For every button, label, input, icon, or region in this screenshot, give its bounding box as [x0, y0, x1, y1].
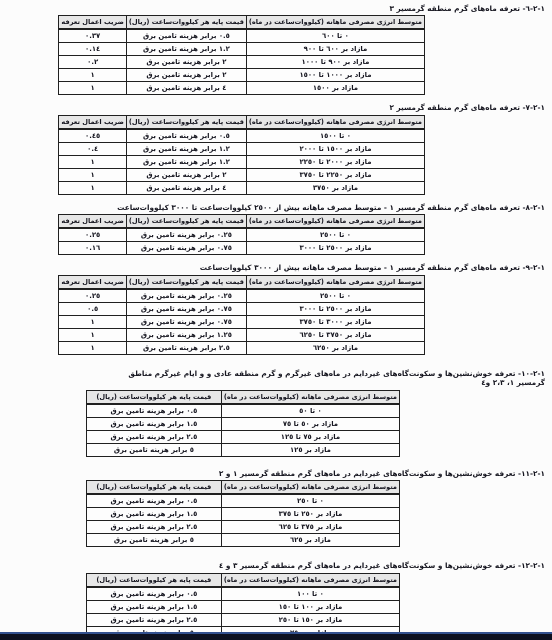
- table-row: مازاد بر ٣٧٥٠٤ برابر هزینه تامین برق١: [59, 181, 425, 194]
- energy-cell: مازاد بر ٢٥٠ تا ٣٧٥: [221, 508, 399, 521]
- header-row: متوسط انرژی مصرفی ماهانه (کیلووات‌ساعت د…: [86, 573, 399, 587]
- table-row: ٠ تا ٥٠٠.٥ برابر هزینه تامین برق: [86, 404, 399, 418]
- tariff-table-garmsir-1-under-3000: متوسط انرژی مصرفی ماهانه (کیلووات‌ساعت د…: [58, 214, 425, 255]
- energy-cell: مازاد بر ٣٠٠٠ تا ٣٧٥٠: [246, 315, 424, 328]
- table-row: مازاد بر ٢٥٠٠ تا ٣٠٠٠٠.٧٥ برابر هزینه تا…: [59, 242, 425, 255]
- price-cell: ٥ برابر هزینه تامین برق: [86, 534, 221, 547]
- table-title: ١-٢-٦- تعرفه ماه‌های گرم منطقه گرمسیر ٣: [0, 4, 552, 13]
- coeff-cell: ١: [59, 69, 127, 82]
- column-header-price: قیمت پایه هر کیلووات‌ساعت (ریال): [126, 275, 246, 289]
- column-header-coeff: ضریب اعمال تعرفه: [59, 215, 127, 229]
- table-title: ١-٢-٧- تعرفه ماه‌های گرم منطقه گرمسیر ٢: [0, 103, 552, 112]
- column-header-energy: متوسط انرژی مصرفی ماهانه (کیلووات‌ساعت د…: [246, 115, 424, 129]
- price-cell: ٢.٥ برابر هزینه تامین برق: [86, 430, 221, 443]
- price-cell: ٠.٥ برابر هزینه تامین برق: [86, 587, 221, 601]
- coeff-cell: ١: [59, 181, 127, 194]
- price-cell: ٢.٥ برابر هزینه تامین برق: [86, 613, 221, 626]
- energy-cell: مازاد بر ٩٠٠ تا ١٠٠٠: [246, 56, 424, 69]
- energy-cell: ٠ تا ٢٥٠: [221, 494, 399, 508]
- table-row: مازاد بر ٩٠٠ تا ١٠٠٠٢ برابر هزینه تامین …: [59, 56, 425, 69]
- header-row: متوسط انرژی مصرفی ماهانه (کیلووات‌ساعت د…: [59, 275, 425, 289]
- table-title: ١-٢-٨- تعرفه ماه‌های گرم منطقه گرمسیر ١ …: [0, 203, 552, 212]
- table-row: مازاد بر ١٠٠٠ تا ١٥٠٠٢ برابر هزینه تامین…: [59, 69, 425, 82]
- price-cell: ٢.٥ برابر هزینه تامین برق: [86, 521, 221, 534]
- tariff-section-6: ١-٢-١١- تعرفه خوش‌نشین‌ها و سکونت‌گاه‌ها…: [0, 469, 552, 547]
- table-row: ٠ تا ٢٥٠٠٠.٢٥ برابر هزینه تامین برق٠.٢٥: [59, 228, 425, 242]
- coeff-cell: ٠.١٤: [59, 43, 127, 56]
- column-header-price: قیمت پایه هر کیلووات‌ساعت (ریال): [86, 390, 221, 404]
- table-row: مازاد بر ٣٧٥ تا ٦٢٥٢.٥ برابر هزینه تامین…: [86, 521, 399, 534]
- price-cell: ٠.٢٥ برابر هزینه تامین برق: [126, 289, 246, 303]
- coeff-cell: ٠.٣٧: [59, 29, 127, 43]
- coeff-cell: ٠.٤٥: [59, 129, 127, 143]
- tariff-section-5: ١-٢-١٠- تعرفه خوش‌نشین‌ها و سکونت‌گاه‌ها…: [0, 369, 552, 457]
- price-cell: ٠.٥ برابر هزینه تامین برق: [86, 494, 221, 508]
- price-cell: ٢ برابر هزینه تامین برق: [126, 69, 246, 82]
- column-header-price: قیمت پایه هر کیلووات‌ساعت (ریال): [86, 573, 221, 587]
- energy-cell: مازاد بر ٥٠ تا ٧٥: [221, 417, 399, 430]
- tariff-section-7: ١-٢-١٢- تعرفه خوش‌نشین‌ها و سکونت‌گاه‌ها…: [0, 561, 552, 639]
- energy-cell: مازاد بر ١٥٠ تا ٢٥٠: [221, 613, 399, 626]
- table-row: مازاد بر ١٢٥٥ برابر هزینه تامین برق: [86, 443, 399, 456]
- table-row: مازاد بر ٢٥٠ تا ٣٧٥١.٥ برابر هزینه تامین…: [86, 508, 399, 521]
- energy-cell: مازاد بر ٣٧٥ تا ٦٢٥: [221, 521, 399, 534]
- column-header-energy: متوسط انرژی مصرفی ماهانه (کیلووات‌ساعت د…: [246, 16, 424, 30]
- tariff-table-garmsir-2: متوسط انرژی مصرفی ماهانه (کیلووات‌ساعت د…: [58, 115, 425, 195]
- column-header-coeff: ضریب اعمال تعرفه: [59, 115, 127, 129]
- coeff-cell: ١: [59, 328, 127, 341]
- header-row: متوسط انرژی مصرفی ماهانه (کیلووات‌ساعت د…: [86, 390, 399, 404]
- coeff-cell: ١: [59, 82, 127, 95]
- price-cell: ٠.٧٥ برابر هزینه تامین برق: [126, 315, 246, 328]
- energy-cell: مازاد بر ٦٠٠ تا ٩٠٠: [246, 43, 424, 56]
- price-cell: ١.٢٥ برابر هزینه تامین برق: [126, 328, 246, 341]
- energy-cell: مازاد بر ٦٢٥٠: [246, 341, 424, 354]
- price-cell: ١.٢ برابر هزینه تامین برق: [126, 155, 246, 168]
- energy-cell: مازاد بر ٧٥ تا ١٢٥: [221, 430, 399, 443]
- energy-cell: مازاد بر ٢٥٠٠ تا ٣٠٠٠: [246, 242, 424, 255]
- coeff-cell: ١: [59, 168, 127, 181]
- coeff-cell: ١: [59, 315, 127, 328]
- coeff-cell: ٠.٤: [59, 142, 127, 155]
- energy-cell: ٠ تا ٢٥٠٠: [246, 289, 424, 303]
- table-row: ٠ تا ٢٥٠٠٠.٢٥ برابر هزینه تامین برق٠.٢٥: [59, 289, 425, 303]
- table-row: مازاد بر ٦٠٠ تا ٩٠٠١.٢ برابر هزینه تامین…: [59, 43, 425, 56]
- price-cell: ٠.٥ برابر هزینه تامین برق: [126, 29, 246, 43]
- document-page: ١-٢-٦- تعرفه ماه‌های گرم منطقه گرمسیر ٣ …: [0, 0, 552, 640]
- header-row: متوسط انرژی مصرفی ماهانه (کیلووات‌ساعت د…: [59, 115, 425, 129]
- table-row: ٠ تا ١٠٠٠.٥ برابر هزینه تامین برق: [86, 587, 399, 601]
- tariff-section-2: ١-٢-٧- تعرفه ماه‌های گرم منطقه گرمسیر ٢ …: [0, 103, 552, 194]
- column-header-price: قیمت پایه هر کیلووات‌ساعت (ریال): [126, 215, 246, 229]
- price-cell: ٤ برابر هزینه تامین برق: [126, 181, 246, 194]
- price-cell: ٠.٧٥ برابر هزینه تامین برق: [126, 302, 246, 315]
- coeff-cell: ١: [59, 155, 127, 168]
- price-cell: ١.٢ برابر هزینه تامین برق: [126, 43, 246, 56]
- price-cell: ١.٥ برابر هزینه تامین برق: [86, 417, 221, 430]
- tariff-section-1: ١-٢-٦- تعرفه ماه‌های گرم منطقه گرمسیر ٣ …: [0, 4, 552, 95]
- header-row: متوسط انرژی مصرفی ماهانه (کیلووات‌ساعت د…: [86, 481, 399, 495]
- price-cell: ٠.٢٥ برابر هزینه تامین برق: [126, 228, 246, 242]
- coeff-cell: ٠.١٦: [59, 242, 127, 255]
- table-row: مازاد بر ٦٢٥٥ برابر هزینه تامین برق: [86, 534, 399, 547]
- coeff-cell: ٠.٢: [59, 56, 127, 69]
- price-cell: ٠.٥ برابر هزینه تامین برق: [86, 404, 221, 418]
- coeff-cell: ٠.٥: [59, 302, 127, 315]
- table-row: مازاد بر ٣٧٥٠ تا ٦٢٥٠١.٢٥ برابر هزینه تا…: [59, 328, 425, 341]
- table-title: ١-٢-١٢- تعرفه خوش‌نشین‌ها و سکونت‌گاه‌ها…: [0, 561, 552, 570]
- price-cell: ٠.٥ برابر هزینه تامین برق: [126, 129, 246, 143]
- table-row: مازاد بر ١٥٠٠ تا ٢٠٠٠١.٢ برابر هزینه تام…: [59, 142, 425, 155]
- table-row: مازاد بر ٢٢٥٠ تا ٣٧٥٠٢ برابر هزینه تامین…: [59, 168, 425, 181]
- column-header-energy: متوسط انرژی مصرفی ماهانه (کیلووات‌ساعت د…: [221, 390, 399, 404]
- energy-cell: مازاد بر ٢٠٠٠ تا ٢٢٥٠: [246, 155, 424, 168]
- table-row: مازاد بر ٣٠٠٠ تا ٣٧٥٠٠.٧٥ برابر هزینه تا…: [59, 315, 425, 328]
- footer-bar: [0, 632, 552, 640]
- coeff-cell: ٠.٢٥: [59, 289, 127, 303]
- column-header-price: قیمت پایه هر کیلووات‌ساعت (ریال): [126, 115, 246, 129]
- energy-cell: مازاد بر ١٠٠٠ تا ١٥٠٠: [246, 69, 424, 82]
- price-cell: ٢.٥ برابر هزینه تامین برق: [126, 341, 246, 354]
- table-row: مازاد بر ١٥٠ تا ٢٥٠٢.٥ برابر هزینه تامین…: [86, 613, 399, 626]
- energy-cell: ٠ تا ١٥٠٠: [246, 129, 424, 143]
- table-row: مازاد بر ٢٥٠٠ تا ٣٠٠٠٠.٧٥ برابر هزینه تا…: [59, 302, 425, 315]
- column-header-price: قیمت پایه هر کیلووات‌ساعت (ریال): [126, 16, 246, 30]
- price-cell: ٢ برابر هزینه تامین برق: [126, 168, 246, 181]
- tariff-table-garmsir-3: متوسط انرژی مصرفی ماهانه (کیلووات‌ساعت د…: [58, 15, 425, 95]
- column-header-energy: متوسط انرژی مصرفی ماهانه (کیلووات‌ساعت د…: [246, 275, 424, 289]
- price-cell: ١.٥ برابر هزینه تامین برق: [86, 508, 221, 521]
- header-row: متوسط انرژی مصرفی ماهانه (کیلووات‌ساعت د…: [59, 16, 425, 30]
- tariff-table-khoshneshin-garmsir-1-2: متوسط انرژی مصرفی ماهانه (کیلووات‌ساعت د…: [86, 480, 400, 547]
- table-row: ٠ تا ١٥٠٠٠.٥ برابر هزینه تامین برق٠.٤٥: [59, 129, 425, 143]
- tariff-table-garmsir-1-over-3000: متوسط انرژی مصرفی ماهانه (کیلووات‌ساعت د…: [58, 275, 425, 355]
- coeff-cell: ١: [59, 341, 127, 354]
- energy-cell: مازاد بر ١٢٥: [221, 443, 399, 456]
- tariff-table-khoshneshin-garmsir-3-4: متوسط انرژی مصرفی ماهانه (کیلووات‌ساعت د…: [86, 573, 400, 640]
- price-cell: ٥ برابر هزینه تامین برق: [86, 443, 221, 456]
- column-header-coeff: ضریب اعمال تعرفه: [59, 275, 127, 289]
- table-row: مازاد بر ٢٠٠٠ تا ٢٢٥٠١.٢ برابر هزینه تام…: [59, 155, 425, 168]
- tariff-table-khoshneshin-normal: متوسط انرژی مصرفی ماهانه (کیلووات‌ساعت د…: [86, 390, 400, 457]
- header-row: متوسط انرژی مصرفی ماهانه (کیلووات‌ساعت د…: [59, 215, 425, 229]
- table-row: ٠ تا ٢٥٠٠.٥ برابر هزینه تامین برق: [86, 494, 399, 508]
- table-row: مازاد بر ١٠٠ تا ١٥٠١.٥ برابر هزینه تامین…: [86, 600, 399, 613]
- table-title: ١-٢-١٠- تعرفه خوش‌نشین‌ها و سکونت‌گاه‌ها…: [0, 369, 552, 388]
- column-header-coeff: ضریب اعمال تعرفه: [59, 16, 127, 30]
- price-cell: ٠.٧٥ برابر هزینه تامین برق: [126, 242, 246, 255]
- energy-cell: ٠ تا ٢٥٠٠: [246, 228, 424, 242]
- energy-cell: مازاد بر ١٥٠٠: [246, 82, 424, 95]
- table-row: ٠ تا ٦٠٠٠.٥ برابر هزینه تامین برق٠.٣٧: [59, 29, 425, 43]
- energy-cell: ٠ تا ٦٠٠: [246, 29, 424, 43]
- energy-cell: مازاد بر ٢٥٠٠ تا ٣٠٠٠: [246, 302, 424, 315]
- energy-cell: مازاد بر ١٥٠٠ تا ٢٠٠٠: [246, 142, 424, 155]
- table-row: مازاد بر ٥٠ تا ٧٥١.٥ برابر هزینه تامین ب…: [86, 417, 399, 430]
- energy-cell: مازاد بر ٣٧٥٠: [246, 181, 424, 194]
- column-header-energy: متوسط انرژی مصرفی ماهانه (کیلووات‌ساعت د…: [221, 573, 399, 587]
- column-header-price: قیمت پایه هر کیلووات‌ساعت (ریال): [86, 481, 221, 495]
- energy-cell: مازاد بر ٦٢٥: [221, 534, 399, 547]
- table-row: مازاد بر ٧٥ تا ١٢٥٢.٥ برابر هزینه تامین …: [86, 430, 399, 443]
- table-title: ١-٢-١١- تعرفه خوش‌نشین‌ها و سکونت‌گاه‌ها…: [0, 469, 552, 478]
- column-header-energy: متوسط انرژی مصرفی ماهانه (کیلووات‌ساعت د…: [246, 215, 424, 229]
- table-row: مازاد بر ٦٢٥٠٢.٥ برابر هزینه تامین برق١: [59, 341, 425, 354]
- table-title: ١-٢-٩- تعرفه ماه‌های گرم منطقه گرمسیر ١ …: [0, 263, 552, 272]
- price-cell: ١.٥ برابر هزینه تامین برق: [86, 600, 221, 613]
- column-header-energy: متوسط انرژی مصرفی ماهانه (کیلووات‌ساعت د…: [221, 481, 399, 495]
- tariff-section-4: ١-٢-٩- تعرفه ماه‌های گرم منطقه گرمسیر ١ …: [0, 263, 552, 354]
- energy-cell: مازاد بر ٣٧٥٠ تا ٦٢٥٠: [246, 328, 424, 341]
- price-cell: ١.٢ برابر هزینه تامین برق: [126, 142, 246, 155]
- energy-cell: مازاد بر ٢٢٥٠ تا ٣٧٥٠: [246, 168, 424, 181]
- table-row: مازاد بر ١٥٠٠٤ برابر هزینه تامین برق١: [59, 82, 425, 95]
- price-cell: ٢ برابر هزینه تامین برق: [126, 56, 246, 69]
- energy-cell: مازاد بر ١٠٠ تا ١٥٠: [221, 600, 399, 613]
- energy-cell: ٠ تا ٥٠: [221, 404, 399, 418]
- energy-cell: ٠ تا ١٠٠: [221, 587, 399, 601]
- coeff-cell: ٠.٢٥: [59, 228, 127, 242]
- tariff-section-3: ١-٢-٨- تعرفه ماه‌های گرم منطقه گرمسیر ١ …: [0, 203, 552, 255]
- price-cell: ٤ برابر هزینه تامین برق: [126, 82, 246, 95]
